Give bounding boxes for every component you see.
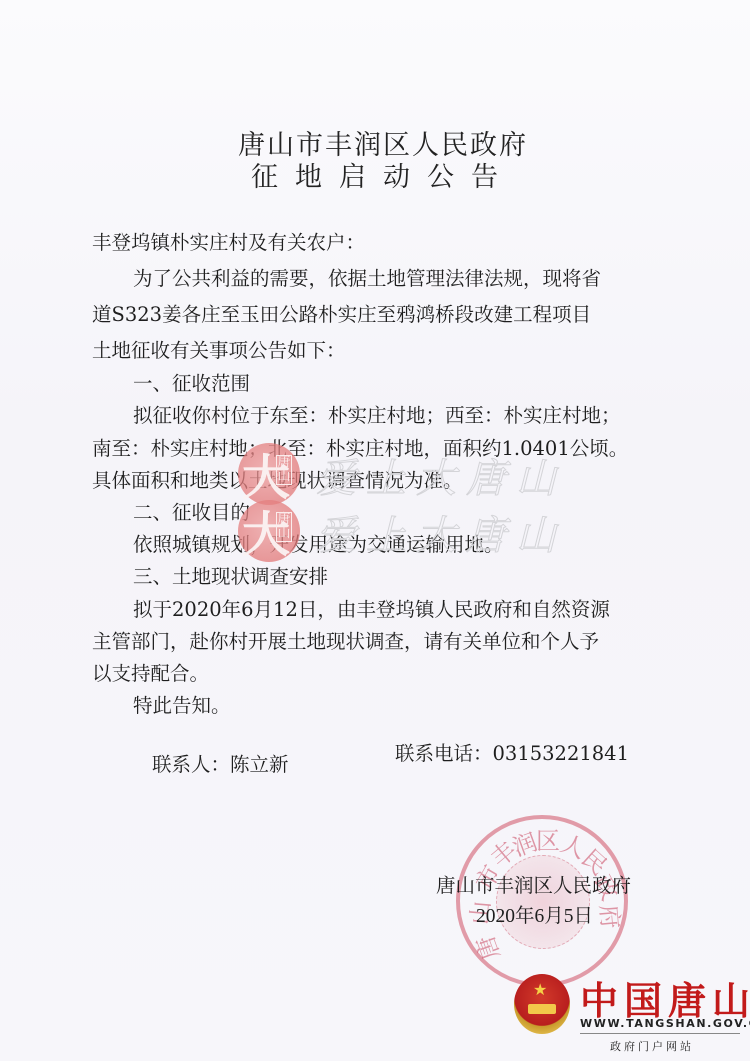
intro-line-3: 土地征收有关事项公告如下： <box>92 335 346 363</box>
signature-org: 唐山市丰润区人民政府 <box>436 870 631 898</box>
seal-char: 府 <box>594 903 631 930</box>
section-2-heading: 二、征收目的 <box>133 497 250 525</box>
notice-title: 征地启动公告 <box>8 155 750 194</box>
watermark-logo-small: 唐山 <box>276 455 292 485</box>
seal-char: 唐 <box>465 931 506 966</box>
watermark-logo-small: 唐山 <box>276 512 292 542</box>
national-emblem-icon: ★ <box>514 974 570 1034</box>
closing: 特此告知。 <box>133 690 231 718</box>
tangshan-portal-logo[interactable]: ★ 中国唐山 WWW.TANGSHAN.GOV.CN 政府门户网站 <box>512 970 747 1058</box>
section-3-line-1: 拟于2020年6月12日，由丰登坞镇人民政府和自然资源 <box>133 594 610 622</box>
watermark-text: 爱上大唐山 <box>316 504 566 561</box>
signature-date: 2020年6月5日 <box>476 900 593 928</box>
contact-person: 联系人：陈立新 <box>152 749 289 777</box>
intro-line-2: 道S323姜各庄至玉田公路朴实庄至鸦鸿桥段改建工程项目 <box>92 299 591 327</box>
document-page: 唐山市丰润区人民政府 征地启动公告 丰登坞镇朴实庄村及有关农户： 为了公共利益的… <box>0 0 750 1061</box>
intro-line-1: 为了公共利益的需要，依据土地管理法律法规，现将省 <box>133 263 601 291</box>
section-3-heading: 三、土地现状调查安排 <box>133 561 328 589</box>
watermark-text: 爱上大唐山 <box>316 447 566 504</box>
addressee: 丰登坞镇朴实庄村及有关农户： <box>92 227 365 255</box>
section-1-heading: 一、征收范围 <box>133 368 250 396</box>
section-3-line-3: 以支持配合。 <box>92 658 209 686</box>
logo-divider <box>580 1033 740 1034</box>
logo-url: WWW.TANGSHAN.GOV.CN <box>580 1017 750 1030</box>
logo-subtitle: 政府门户网站 <box>610 1038 694 1054</box>
seal-char: 区 <box>536 821 560 856</box>
section-3-line-2: 主管部门，赴你村开展土地现状调查，请有关单位和个人予 <box>92 626 599 654</box>
contact-phone: 联系电话：03153221841 <box>395 738 629 766</box>
section-1-line-1: 拟征收你村位于东至：朴实庄村地；西至：朴实庄村地； <box>133 400 621 428</box>
